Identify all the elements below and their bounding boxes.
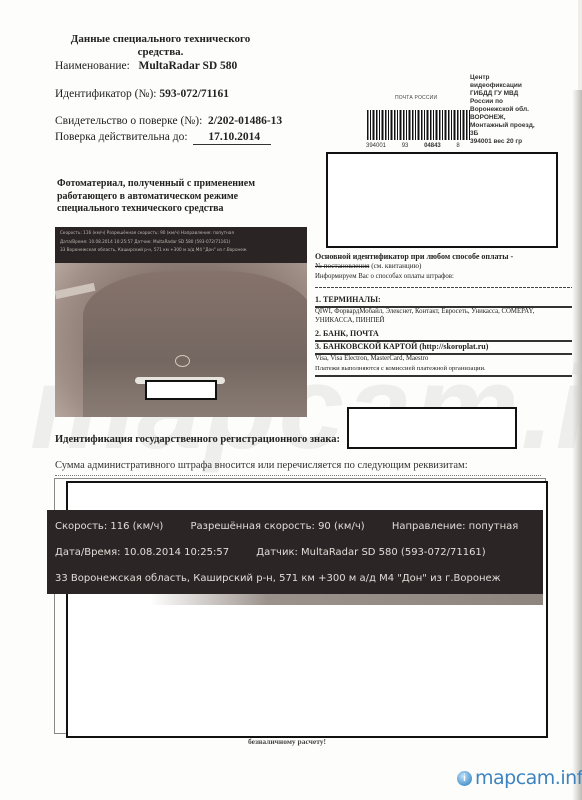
allowed-speed-value: Разрешённая скорость: 90 (км/ч) xyxy=(191,521,365,532)
address-line: Монтажный проезд, xyxy=(470,122,575,130)
photo-caption: Фотоматериал, полученный с применением р… xyxy=(57,178,267,216)
device-valid-value: 17.10.2014 xyxy=(208,131,260,143)
device-cert-row: Свидетельство о поверке (№): 2/202-01486… xyxy=(55,115,282,127)
enlarged-overlay-line-2: Дата/Время: 10.08.2014 10:25:57 Датчик: … xyxy=(47,540,543,566)
speed-value: Скорость: 116 (км/ч) xyxy=(55,521,163,532)
photo-strip xyxy=(150,594,543,605)
dotted-divider xyxy=(55,475,541,476)
address-line: ГИБДД ГУ МВД xyxy=(470,90,575,98)
card-heading: 3. БАНКОВСКОЙ КАРТОЙ (http://skoroplat.r… xyxy=(315,342,577,351)
dashed-divider xyxy=(315,287,572,288)
device-name-label: Наименование: xyxy=(55,60,130,72)
main-id-sub-strike: № постановления xyxy=(315,262,369,270)
datetime-value: Дата/Время: 10.08.2014 10:25:57 xyxy=(55,547,229,558)
device-name-row: Наименование: MultaRadar SD 580 xyxy=(55,60,237,72)
sender-address: Центр видеофиксации ГИБДД ГУ МВД России … xyxy=(470,74,575,146)
location-value: 33 Воронежская область, Каширский р-н, 5… xyxy=(55,573,501,584)
main-id-sub-text: (см. квитанцию) xyxy=(371,262,421,270)
mapcam-watermark: i mapcam.info xyxy=(457,767,582,789)
address-line: России по xyxy=(470,98,575,106)
enlarged-overlay-band: Скорость: 116 (км/ч) Разрешённая скорост… xyxy=(47,510,543,594)
valid-date-underline xyxy=(193,144,271,145)
post-label: ПОЧТА РОССИИ xyxy=(395,95,437,101)
enlarged-overlay-line-1: Скорость: 116 (км/ч) Разрешённая скорост… xyxy=(47,510,543,540)
address-line: видеофиксации xyxy=(470,82,575,90)
recipient-address-redacted xyxy=(326,152,558,248)
card-list: Visa, Visa Electron, MasterCard, Maestro xyxy=(315,354,577,363)
address-line: Центр xyxy=(470,74,575,82)
device-cert-value: 2/202-01486-13 xyxy=(208,115,282,127)
watermark-text: mapcam.info xyxy=(475,767,582,789)
barcode-num: 394001 xyxy=(366,143,386,149)
info-icon: i xyxy=(457,771,472,786)
sensor-value: Датчик: MultaRadar SD 580 (593-072/71161… xyxy=(256,547,485,558)
address-line: 394001 вес 20 гр xyxy=(470,138,575,146)
device-name-value: MultaRadar SD 580 xyxy=(138,60,237,72)
terminals-heading: 1. ТЕРМИНАЛЫ: xyxy=(315,295,577,304)
barcode-num: 04843 xyxy=(424,143,441,149)
terminals-list: QIWI, ФорвардМобайл, Элекснет, Контакт, … xyxy=(315,308,565,325)
barcode-numbers: 394001 93 04843 8 xyxy=(366,143,474,149)
photo-overlay-band: Скорость: 116 (км/ч) Разрешённая скорост… xyxy=(55,227,307,263)
device-cert-label: Свидетельство о поверке (№): xyxy=(55,115,202,127)
page-edge-top xyxy=(578,0,582,90)
enlarged-overlay-line-3: 33 Воронежская область, Каширский р-н, 5… xyxy=(47,566,543,592)
barcode-num: 8 xyxy=(456,143,459,149)
registration-plate-redacted xyxy=(347,407,517,449)
overlay-line: 33 Воронежская область, Каширский р-н, 5… xyxy=(55,246,307,255)
overlay-line: Скорость: 116 (км/ч) Разрешённая скорост… xyxy=(55,227,307,238)
address-line: 3Б xyxy=(470,130,575,138)
main-id-heading: Основной идентификатор при любом способе… xyxy=(315,252,577,261)
fine-requisites-label: Сумма административного штрафа вносится … xyxy=(55,460,468,471)
main-id-sub: № постановления (см. квитанцию) xyxy=(315,262,577,271)
bank-heading: 2. БАНК, ПОЧТА xyxy=(315,329,577,338)
device-valid-row: Поверка действительна до: 17.10.2014 xyxy=(55,131,260,143)
device-valid-label: Поверка действительна до: xyxy=(55,131,188,143)
divider xyxy=(315,375,572,377)
device-id-row: Идентификатор (№): 593-072/71161 xyxy=(55,88,229,100)
payment-inform: Информируем Вас о способах оплаты штрафо… xyxy=(315,272,577,281)
device-section-title: Данные специального технического средств… xyxy=(58,33,263,59)
device-id-value: 593-072/71161 xyxy=(159,88,229,100)
registration-label: Идентификация государственного регистрац… xyxy=(55,434,340,445)
commission-note: Платежи выполняются с комиссией платежно… xyxy=(315,364,577,373)
address-line: ВОРОНЕЖ, xyxy=(470,114,575,122)
overlay-line: Дата/Время: 10.08.2014 10:25:57 Датчик: … xyxy=(55,238,307,247)
barcode-num: 93 xyxy=(402,143,409,149)
car-logo-icon xyxy=(175,355,190,367)
address-line: Воронежской обл. xyxy=(470,106,575,114)
direction-value: Направление: попутная xyxy=(392,521,518,532)
plate-redacted xyxy=(145,380,217,400)
device-id-label: Идентификатор (№): xyxy=(55,88,157,100)
barcode-icon xyxy=(367,110,471,140)
photo-detail xyxy=(55,283,95,299)
tail-text: безналичному расчету! xyxy=(248,737,326,746)
